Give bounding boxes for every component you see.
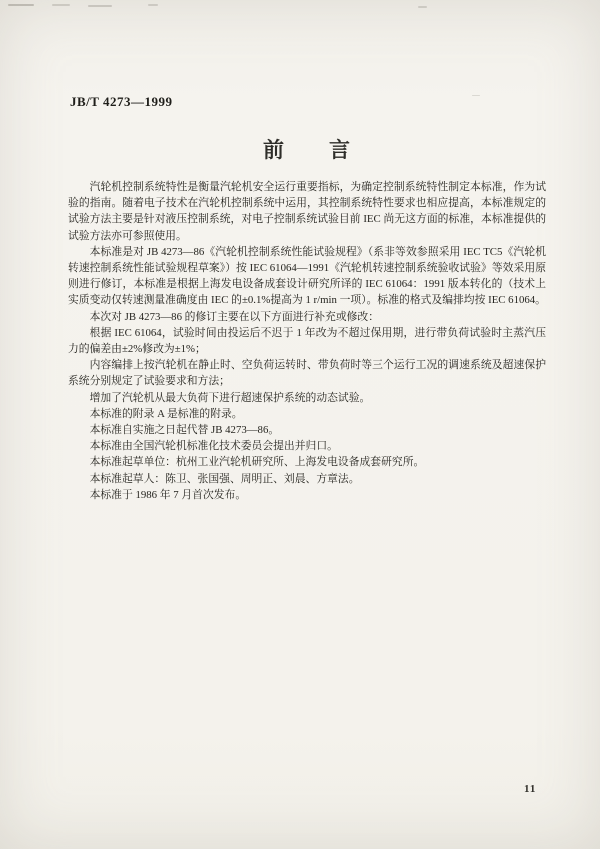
scan-speck bbox=[418, 6, 427, 8]
paragraph: 本标准由全国汽轮机标准化技术委员会提出并归口。 bbox=[68, 438, 546, 454]
paragraph: 增加了汽轮机从最大负荷下进行超速保护系统的动态试验。 bbox=[68, 390, 546, 406]
page-title: 前 言 bbox=[68, 134, 546, 164]
page-number: 11 bbox=[524, 783, 536, 795]
paragraph: 根据 IEC 61064，试验时间由投运后不迟于 1 年改为不超过保用期，进行带… bbox=[68, 325, 546, 357]
paragraph: 本标准自实施之日起代替 JB 4273—86。 bbox=[68, 422, 546, 438]
scanned-document-page: JB/T 4273—1999 前 言 汽轮机控制系统特性是衡量汽轮机安全运行重要… bbox=[0, 0, 600, 849]
paragraph: 本标准起草人：陈卫、张国强、周明正、刘晨、方章法。 bbox=[68, 471, 546, 487]
paragraph: 本标准是对 JB 4273—86《汽轮机控制系统性能试验规程》（系非等效参照采用… bbox=[68, 244, 546, 309]
paragraph: 本次对 JB 4273—86 的修订主要在以下方面进行补充或修改： bbox=[68, 309, 546, 325]
paragraph: 汽轮机控制系统特性是衡量汽轮机安全运行重要指标，为确定控制系统特性制定本标准，作… bbox=[68, 179, 546, 244]
paragraph: 内容编排上按汽轮机在静止时、空负荷运转时、带负荷时等三个运行工况的调速系统及超速… bbox=[68, 357, 546, 389]
scan-speck bbox=[148, 4, 158, 6]
scan-speck bbox=[8, 4, 34, 6]
paragraph: 本标准于 1986 年 7 月首次发布。 bbox=[68, 487, 546, 503]
foreword-body: 汽轮机控制系统特性是衡量汽轮机安全运行重要指标，为确定控制系统特性制定本标准，作… bbox=[68, 179, 546, 503]
scan-speck bbox=[52, 4, 70, 6]
scan-speck bbox=[88, 5, 112, 7]
scan-speck bbox=[472, 95, 480, 96]
paragraph: 本标准的附录 A 是标准的附录。 bbox=[68, 406, 546, 422]
paragraph: 本标准起草单位：杭州工业汽轮机研究所、上海发电设备成套研究所。 bbox=[68, 454, 546, 470]
standard-code: JB/T 4273—1999 bbox=[70, 94, 172, 110]
